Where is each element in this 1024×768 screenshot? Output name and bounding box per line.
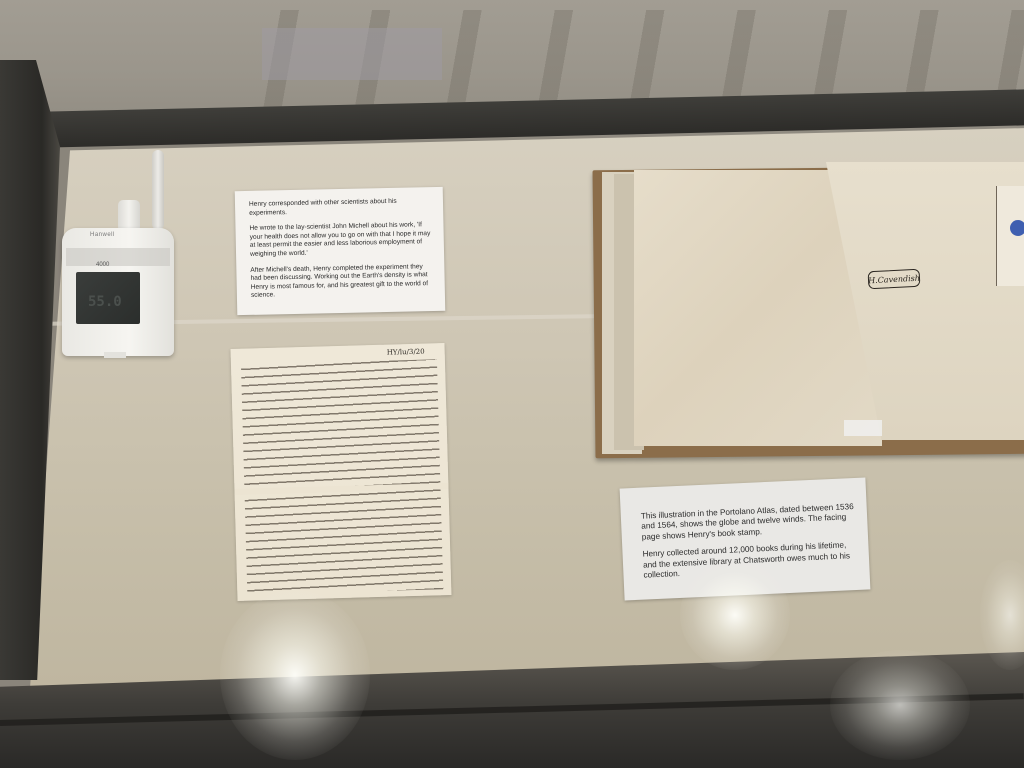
reflected-sign: [262, 28, 442, 80]
caption-paragraph: He wrote to the lay-scientist John Miche…: [249, 221, 434, 259]
logger-brand: Hanwell: [90, 232, 115, 238]
caption-paragraph: Henry corresponded with other scientists…: [249, 197, 433, 218]
handwriting-lines: [241, 359, 443, 594]
book-stamp: H.Cavendish: [868, 269, 921, 290]
handwritten-letter: HY/lu/3/20: [231, 343, 452, 601]
logger-model: 4000: [96, 262, 109, 268]
display-case-scene: Hanwell 4000 55.0 Henry corresponded wit…: [0, 0, 1024, 768]
logger-reading: 55.0: [88, 294, 122, 310]
light-reflection: [830, 650, 970, 760]
logger-label-band: [66, 248, 170, 266]
logger-foot: [104, 352, 126, 358]
logger-antenna: [152, 150, 164, 230]
page-clip: [844, 420, 882, 436]
map-illustration-fragment: [1010, 220, 1024, 236]
atlas-map-edge: [996, 186, 1024, 286]
caption-paragraph: This illustration in the Portolano Atlas…: [641, 502, 856, 543]
light-reflection: [220, 590, 370, 760]
letter-reference: HY/lu/3/20: [387, 348, 425, 357]
caption-paragraph: After Michell's death, Henry completed t…: [250, 263, 435, 301]
caption-card-correspondence: Henry corresponded with other scientists…: [235, 187, 446, 315]
light-reflection: [680, 560, 790, 670]
